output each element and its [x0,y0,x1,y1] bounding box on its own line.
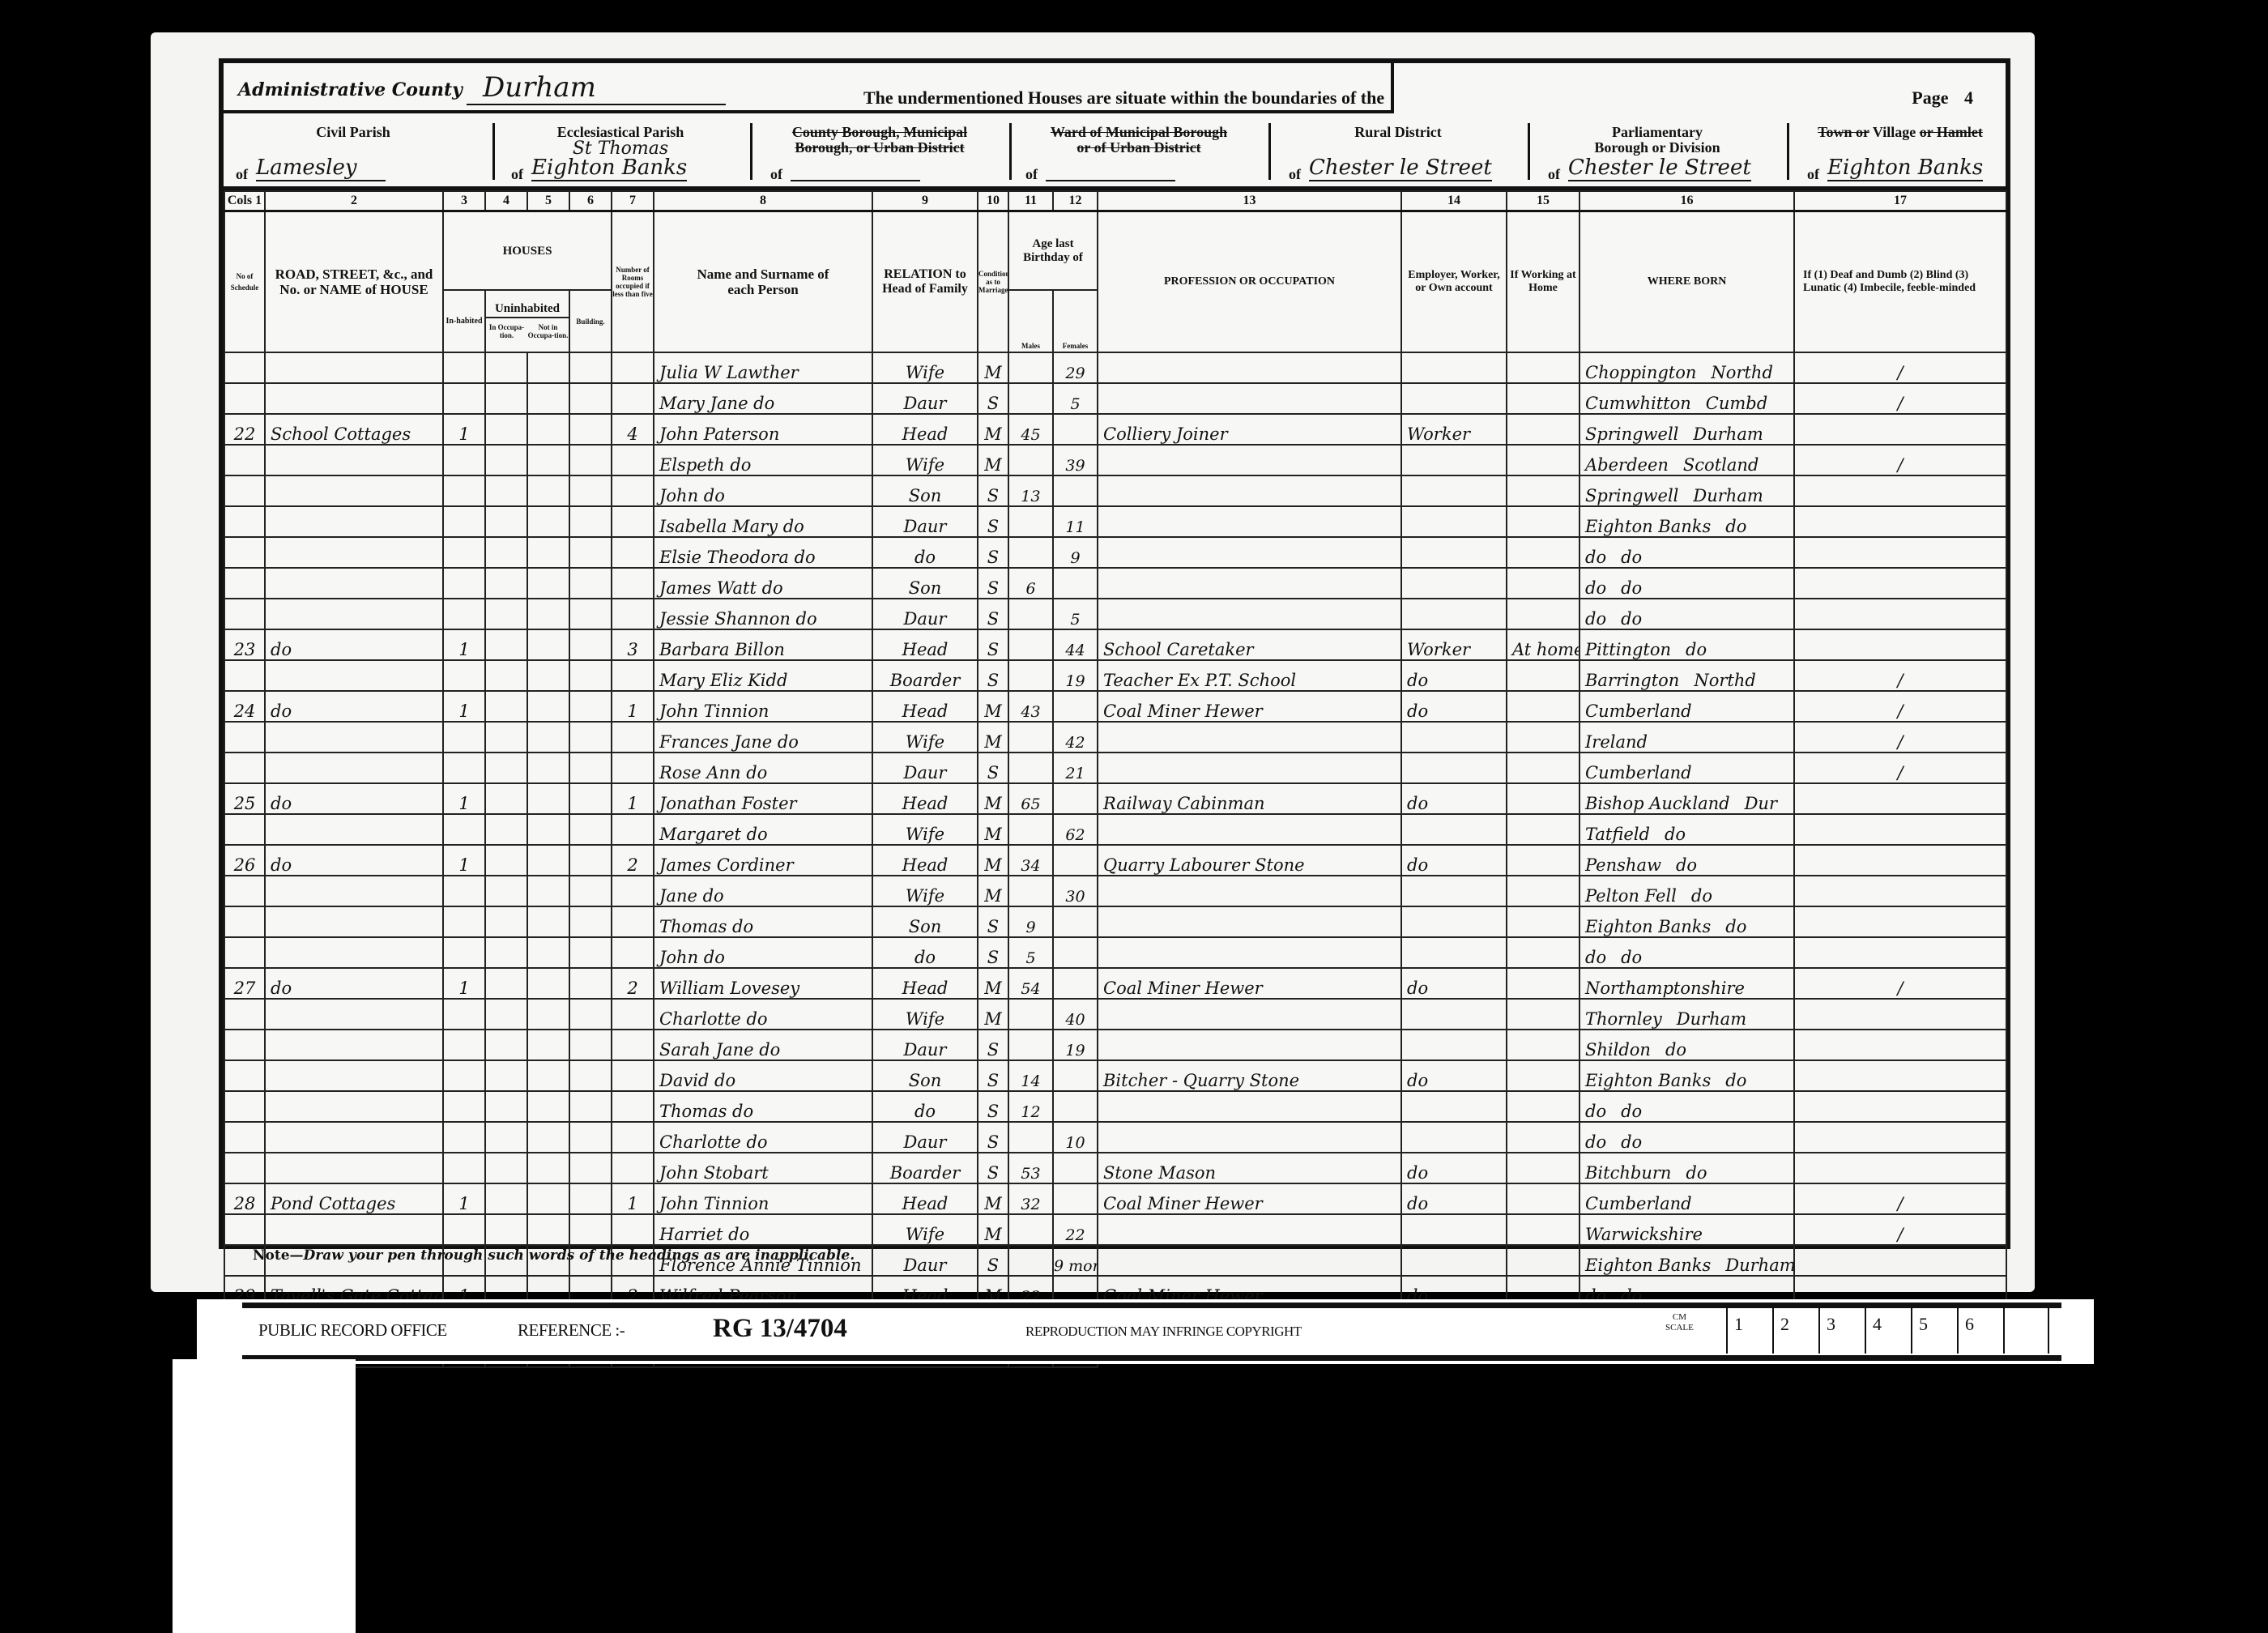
cell-road [265,876,443,906]
cell-condition: M [978,845,1008,876]
cell-female-age: 22 [1053,1214,1098,1245]
cell-employer [1401,999,1507,1030]
cell-road [265,599,443,629]
cell-condition: S [978,1122,1008,1153]
cell-inhabited [443,1091,485,1122]
cell-relation: Daur [872,599,978,629]
cell-infirmity: / [1794,722,2006,753]
table-row: James Watt doSonS6dodo [224,568,2006,599]
cell-male-age [1008,999,1053,1030]
division-row: Civil Parish of Lamesley Ecclesiastical … [224,113,2006,190]
cell-occupation [1098,1091,1401,1122]
cell-female-age [1053,1060,1098,1091]
cell-relation: Daur [872,383,978,414]
col-num: 15 [1507,191,1579,211]
cell-schedule: 24 [224,691,265,722]
cell-rooms [612,753,654,783]
divider [1528,123,1530,180]
cell-infirmity [1794,906,2006,937]
cell-employer [1401,475,1507,506]
paper-slip [173,1359,356,1633]
cell-condition: S [978,629,1008,660]
cell-inhabited [443,660,485,691]
born-place: Springwell [1585,424,1678,444]
divider [750,123,752,180]
footnote-prefix: Note— [253,1247,304,1264]
cell-employer [1401,352,1507,383]
cell-inhabited [443,1122,485,1153]
headline: The undermentioned Houses are situate wi… [863,87,1384,109]
scale-label: SCALE [1665,1323,1694,1333]
cell-relation: do [872,1091,978,1122]
census-form: Administrative County Durham The underme… [219,58,2010,1249]
header-uninhabited: Uninhabited In Occupa-tion. Not in Occup… [485,290,569,352]
born-county: Durham [1677,1009,1746,1029]
cell-at-home [1507,599,1579,629]
archive-office: PUBLIC RECORD OFFICE [258,1320,447,1341]
cell-where-born: Cumberland [1579,753,1794,783]
born-place: do [1585,948,1606,967]
empty-cell [485,414,527,445]
cell-inhabited [443,599,485,629]
cell-employer: do [1401,1153,1507,1183]
cell-occupation [1098,352,1401,383]
cell-rooms [612,906,654,937]
cell-inhabited: 1 [443,414,485,445]
header-at-home: If Working at Home [1507,211,1579,353]
cell-condition: S [978,660,1008,691]
cell-inhabited [443,506,485,537]
cell-rooms [612,937,654,968]
cell-inhabited [443,1214,485,1245]
empty-cell [569,506,612,537]
empty-cell [527,876,569,906]
cell-relation: Head [872,1183,978,1214]
empty-cell [485,968,527,999]
born-place: Bitchburn [1585,1163,1671,1183]
cell-relation: Head [872,968,978,999]
empty-cell [485,383,527,414]
cell-male-age [1008,660,1053,691]
empty-cell [569,906,612,937]
cell-at-home [1507,660,1579,691]
cell-infirmity [1794,629,2006,660]
cell-female-age [1053,1153,1098,1183]
cell-name: Elspeth do [654,445,872,475]
cell-infirmity [1794,783,2006,814]
cell-at-home [1507,1183,1579,1214]
cell-infirmity: / [1794,445,2006,475]
cell-female-age: 10 [1053,1122,1098,1153]
cell-male-age [1008,352,1053,383]
cell-male-age [1008,383,1053,414]
cell-occupation: School Caretaker [1098,629,1401,660]
of-label: of [1807,166,1819,183]
empty-cell [527,937,569,968]
cell-female-age: 42 [1053,722,1098,753]
cell-name: John Paterson [654,414,872,445]
cell-where-born: SpringwellDurham [1579,475,1794,506]
born-place: Choppington [1585,363,1696,382]
cell-inhabited [443,937,485,968]
cell-condition: S [978,1091,1008,1122]
header-road: ROAD, STREET, &c., and No. or NAME of HO… [265,211,443,353]
born-county: Northd [1711,363,1772,382]
cell-road [265,475,443,506]
cell-rooms [612,1122,654,1153]
cell-rooms [612,506,654,537]
born-place: Eighton Banks [1585,1071,1711,1090]
cell-where-born: Tatfielddo [1579,814,1794,845]
cell-infirmity [1794,937,2006,968]
born-place: Cumberland [1585,701,1692,721]
cell-condition: S [978,753,1008,783]
empty-cell [527,1030,569,1060]
cell-male-age [1008,722,1053,753]
cell-schedule: 27 [224,968,265,999]
cell-employer [1401,537,1507,568]
cell-road: do [265,629,443,660]
cell-rooms [612,660,654,691]
cell-male-age [1008,506,1053,537]
born-county: do [1725,517,1746,536]
cell-schedule [224,475,265,506]
empty-cell [569,722,612,753]
cell-infirmity: / [1794,691,2006,722]
cell-employer [1401,568,1507,599]
empty-cell [527,968,569,999]
cell-name: Sarah Jane do [654,1030,872,1060]
cell-occupation: Coal Miner Hewer [1098,968,1401,999]
cell-where-born: Eighton BanksDurham [1579,1245,1794,1276]
cell-where-born: BarringtonNorthd [1579,660,1794,691]
born-place: Barrington [1585,671,1679,690]
cell-occupation [1098,1214,1401,1245]
empty-cell [485,753,527,783]
cell-schedule [224,568,265,599]
table-row: 24do11John TinnionHeadM43Coal Miner Hewe… [224,691,2006,722]
cell-employer: do [1401,1183,1507,1214]
born-place: Cumberland [1585,1194,1692,1213]
col-num: 17 [1794,191,2006,211]
cell-infirmity [1794,475,2006,506]
cell-road [265,1214,443,1245]
cell-name: Frances Jane do [654,722,872,753]
cell-name: Charlotte do [654,1122,872,1153]
cell-male-age [1008,876,1053,906]
born-county: do [1621,948,1642,967]
born-county: Durham [1693,424,1763,444]
header-condition: Condition as to Marriage [978,211,1008,353]
cell-occupation [1098,722,1401,753]
cell-employer: do [1401,968,1507,999]
cell-relation: Boarder [872,660,978,691]
cell-road [265,383,443,414]
cell-male-age: 32 [1008,1183,1053,1214]
born-place: Eighton Banks [1585,917,1711,936]
cell-inhabited: 1 [443,1183,485,1214]
header-houses: HOUSES [443,211,612,291]
cell-occupation [1098,937,1401,968]
footnote-text: Draw your pen through such words of the … [304,1247,855,1264]
cell-where-born: Warwickshire [1579,1214,1794,1245]
county-borough-label: County Borough, Municipal Borough, or Ur… [758,125,1001,156]
cell-infirmity: / [1794,753,2006,783]
cell-where-born: dodo [1579,568,1794,599]
empty-cell [569,568,612,599]
cell-condition: S [978,537,1008,568]
table-row: 28Pond Cottages11John TinnionHeadM32Coal… [224,1183,2006,1214]
admin-county-label: Administrative County [238,79,463,100]
empty-cell [485,937,527,968]
empty-cell [527,814,569,845]
cell-female-age: 40 [1053,999,1098,1030]
table-row: 27do12William LoveseyHeadM54Coal Miner H… [224,968,2006,999]
empty-cell [569,445,612,475]
census-table: Cols 1 2 3 4 5 6 7 8 9 10 11 12 13 14 15… [224,190,2007,1368]
cell-infirmity: / [1794,383,2006,414]
table-row: Jessie Shannon doDaurS5dodo [224,599,2006,629]
cell-rooms [612,568,654,599]
divider [1009,123,1012,180]
parliamentary-borough-value: Chester le Street [1568,156,1751,181]
empty-cell [569,845,612,876]
cell-employer [1401,383,1507,414]
cell-female-age [1053,783,1098,814]
cell-rooms: 2 [612,845,654,876]
cell-male-age: 45 [1008,414,1053,445]
cell-at-home [1507,753,1579,783]
cell-where-born: Pelton Felldo [1579,876,1794,906]
cell-relation: Wife [872,352,978,383]
cell-female-age [1053,691,1098,722]
empty-cell [485,722,527,753]
cell-road: do [265,968,443,999]
empty-cell [485,506,527,537]
cell-name: John do [654,937,872,968]
empty-cell [527,660,569,691]
cell-infirmity [1794,1153,2006,1183]
cell-employer [1401,722,1507,753]
of-label: of [770,166,782,183]
cell-at-home [1507,1091,1579,1122]
cell-inhabited [443,1153,485,1183]
empty-cell [569,1214,612,1245]
cell-at-home [1507,568,1579,599]
cell-where-born: dodo [1579,537,1794,568]
table-row: Charlotte doDaurS10dodo [224,1122,2006,1153]
cell-male-age [1008,1030,1053,1060]
cell-name: Margaret do [654,814,872,845]
col-num: 6 [569,191,612,211]
cell-relation: Head [872,691,978,722]
born-county: do [1665,825,1686,844]
empty-cell [527,1153,569,1183]
cell-road [265,352,443,383]
born-place: Tatfield [1585,825,1650,844]
header-infirmity: If (1) Deaf and Dumb (2) Blind (3) Lunat… [1794,211,2006,353]
table-row: Thomas doSonS9Eighton Banksdo [224,906,2006,937]
of-label: of [236,166,248,183]
cell-condition: S [978,1153,1008,1183]
cell-name: Rose Ann do [654,753,872,783]
cell-inhabited [443,753,485,783]
empty-cell [569,814,612,845]
cell-schedule [224,352,265,383]
cell-infirmity: / [1794,660,2006,691]
born-place: Northamptonshire [1585,979,1745,998]
born-county: do [1725,1071,1746,1090]
born-place: do [1585,548,1606,567]
cell-road: Pond Cottages [265,1183,443,1214]
empty-cell [527,445,569,475]
cell-name: William Lovesey [654,968,872,999]
empty-cell [569,1183,612,1214]
table-row: John StobartBoarderS53Stone MasondoBitch… [224,1153,2006,1183]
cell-female-age: 30 [1053,876,1098,906]
empty-cell [569,475,612,506]
cell-name: Mary Eliz Kidd [654,660,872,691]
header-schedule: No of Schedule [224,211,265,353]
cell-at-home [1507,876,1579,906]
cell-rooms [612,722,654,753]
cell-road: do [265,783,443,814]
header-occupation: PROFESSION OR OCCUPATION [1098,211,1401,353]
cell-where-born: AberdeenScotland [1579,445,1794,475]
cell-condition: M [978,352,1008,383]
header-age: Age last Birthday of [1008,211,1098,291]
empty-cell [569,999,612,1030]
cm-scale-mark: 2 [1772,1308,1818,1354]
village: Town or Village or Hamlet of Eighton Ban… [1795,113,2006,186]
cell-male-age [1008,629,1053,660]
cell-at-home [1507,383,1579,414]
cell-at-home [1507,691,1579,722]
county-borough-value [791,180,920,181]
admin-county-value: Durham [467,71,726,105]
hamlet-struck: or Hamlet [1920,124,1983,140]
cell-employer [1401,906,1507,937]
cell-male-age: 34 [1008,845,1053,876]
cell-occupation: Teacher Ex P.T. School [1098,660,1401,691]
empty-cell [485,691,527,722]
empty-cell [485,1030,527,1060]
cell-at-home [1507,1214,1579,1245]
empty-cell [527,1091,569,1122]
village-value: Eighton Banks [1827,156,1983,181]
cell-infirmity [1794,537,2006,568]
ward-label: Ward of Municipal Borough or of Urban Di… [1013,125,1264,156]
cell-female-age [1053,968,1098,999]
cell-rooms [612,475,654,506]
born-county: do [1686,1163,1707,1183]
cell-name: John Tinnion [654,691,872,722]
header-building: Building. [569,290,612,352]
cell-male-age [1008,537,1053,568]
cell-condition: M [978,968,1008,999]
cell-schedule [224,445,265,475]
empty-cell [485,352,527,383]
cell-schedule: 26 [224,845,265,876]
cell-male-age [1008,599,1053,629]
cell-relation: Daur [872,506,978,537]
village-word: Village [1873,124,1916,140]
cell-schedule [224,660,265,691]
born-place: do [1585,578,1606,598]
cell-employer [1401,445,1507,475]
cell-name: David do [654,1060,872,1091]
cell-schedule [224,722,265,753]
table-row: Thomas dodoS12dodo [224,1091,2006,1122]
empty-cell [569,352,612,383]
cell-infirmity [1794,506,2006,537]
empty-cell [527,414,569,445]
cell-infirmity [1794,414,2006,445]
empty-cell [527,475,569,506]
cell-female-age [1053,906,1098,937]
born-place: Pelton Fell [1585,886,1677,906]
cell-infirmity: / [1794,968,2006,999]
ward-value [1046,180,1175,181]
cell-inhabited [443,876,485,906]
rural-district-value: Chester le Street [1309,156,1492,181]
cm-label: CM [1665,1312,1694,1323]
village-label: Town or Village or Hamlet [1795,125,2006,140]
empty-cell [485,999,527,1030]
cell-where-born: Shildondo [1579,1030,1794,1060]
cell-rooms [612,352,654,383]
empty-cell [485,906,527,937]
divider [1268,123,1271,180]
cell-name: James Cordiner [654,845,872,876]
cell-schedule [224,906,265,937]
empty-cell [485,1153,527,1183]
table-row: Elsie Theodora dodoS9dodo [224,537,2006,568]
cell-female-age [1053,1091,1098,1122]
cell-male-age [1008,814,1053,845]
cell-occupation: Bitcher - Quarry Stone [1098,1060,1401,1091]
cell-where-born: dodo [1579,1091,1794,1122]
cell-male-age: 12 [1008,1091,1053,1122]
cell-inhabited [443,475,485,506]
divider [492,123,495,180]
table-row: Margaret doWifeM62Tatfielddo [224,814,2006,845]
cm-scale-end [2003,1308,2049,1354]
col-num: 14 [1401,191,1507,211]
empty-cell [485,445,527,475]
empty-cell [527,629,569,660]
col-num: 16 [1579,191,1794,211]
cell-female-age: 19 [1053,1030,1098,1060]
empty-cell [569,691,612,722]
empty-cell [569,753,612,783]
cell-inhabited: 1 [443,691,485,722]
table-row: John dodoS5dodo [224,937,2006,968]
cell-road [265,999,443,1030]
cell-infirmity [1794,568,2006,599]
empty-cell [527,722,569,753]
cell-male-age: 14 [1008,1060,1053,1091]
cell-inhabited: 1 [443,845,485,876]
town-struck: Town or [1818,124,1869,140]
cell-schedule [224,599,265,629]
born-place: Thornley [1585,1009,1662,1029]
ward: Ward of Municipal Borough or of Urban Di… [1013,113,1264,186]
cell-name: Mary Jane do [654,383,872,414]
table-row: Frances Jane doWifeM42Ireland/ [224,722,2006,753]
cell-occupation: Railway Cabinman [1098,783,1401,814]
empty-cell [527,506,569,537]
